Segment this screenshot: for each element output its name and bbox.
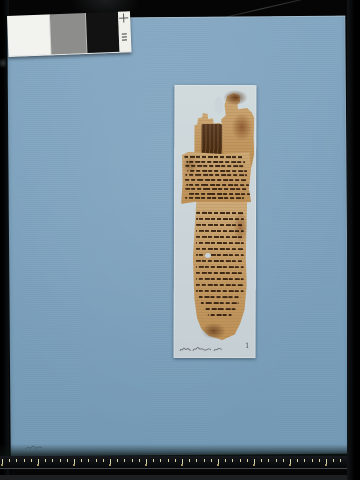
ruler-tick bbox=[67, 459, 68, 462]
ink-script-line bbox=[196, 242, 244, 244]
ink-script-line bbox=[196, 272, 244, 274]
ink-script-line bbox=[185, 188, 248, 190]
ruler-tick bbox=[31, 459, 32, 462]
ink-script-line bbox=[196, 266, 244, 268]
ink-script-line bbox=[185, 174, 246, 176]
ruler-tick bbox=[333, 459, 334, 462]
ruler-tick bbox=[319, 459, 320, 462]
ink-script-line bbox=[204, 308, 236, 310]
brown-stain bbox=[223, 90, 247, 105]
ruler-numeral-mark bbox=[73, 464, 75, 466]
ruler-numeral-mark bbox=[109, 464, 111, 466]
brown-stain bbox=[182, 155, 198, 175]
ruler-tick bbox=[52, 459, 53, 462]
left-edge-smudge bbox=[0, 56, 6, 70]
ink-script-line bbox=[201, 302, 238, 304]
papyrus-loss-hole bbox=[214, 97, 223, 114]
ruler-tick bbox=[211, 459, 212, 462]
ruler-tick bbox=[340, 459, 341, 462]
ruler-tick bbox=[16, 459, 17, 462]
ink-script-line bbox=[208, 314, 232, 316]
papyrus-loss-hole bbox=[205, 253, 211, 258]
ruler-numeral-mark bbox=[181, 464, 183, 466]
ruler-numeral-mark bbox=[289, 464, 291, 466]
ruler-tick bbox=[276, 459, 277, 462]
ruler-numeral-mark bbox=[145, 464, 147, 466]
ink-script-line bbox=[196, 248, 244, 250]
registration-tab-marks bbox=[122, 33, 127, 40]
ruler-tick bbox=[139, 459, 140, 462]
bottom-dark-strip bbox=[0, 475, 360, 480]
ruler-tick bbox=[103, 459, 104, 462]
ruler-tick bbox=[247, 459, 248, 462]
ruler-tick bbox=[312, 459, 313, 462]
ruler-tick bbox=[225, 459, 226, 462]
ink-script-line bbox=[196, 278, 244, 280]
ruler-tick bbox=[117, 459, 118, 462]
ruler-tick bbox=[240, 459, 241, 462]
ruler-tick bbox=[60, 459, 61, 462]
ruler-tick bbox=[261, 459, 262, 462]
ruler-numeral-mark bbox=[37, 464, 39, 466]
registration-cross-icon bbox=[119, 17, 128, 18]
papyrus-upper-left-block bbox=[194, 113, 224, 157]
ruler-tick bbox=[9, 459, 10, 462]
ruler-tick bbox=[132, 459, 133, 462]
ruler-tick bbox=[88, 459, 89, 462]
photo-right-edge bbox=[347, 0, 360, 480]
ruler-numeral-mark bbox=[325, 464, 327, 466]
calibration-black-patch bbox=[86, 12, 119, 53]
photograph-of-mounted-papyrus: 1 bbox=[0, 0, 360, 480]
brown-stain bbox=[233, 211, 248, 243]
dark-ink-patch bbox=[201, 124, 222, 154]
ruler-tick bbox=[232, 459, 233, 462]
ink-script-line bbox=[196, 290, 244, 292]
ink-script-line bbox=[187, 193, 251, 195]
ruler-tick bbox=[204, 459, 205, 462]
ruler-tick bbox=[297, 459, 298, 462]
ruler-tick bbox=[283, 459, 284, 462]
ruler-numeral-mark bbox=[1, 464, 3, 466]
handwritten-inventory-inscription bbox=[179, 344, 223, 354]
ruler-tick bbox=[81, 459, 82, 462]
brown-stain bbox=[231, 113, 252, 141]
ink-script-line bbox=[196, 254, 244, 256]
calibration-white-patch bbox=[7, 14, 51, 56]
ink-script-line bbox=[185, 197, 244, 199]
calibration-registration-tab bbox=[118, 11, 131, 51]
brown-stain bbox=[202, 323, 226, 339]
ruler-tick bbox=[153, 459, 154, 462]
ruler-tick bbox=[268, 459, 269, 462]
ruler-tick bbox=[168, 459, 169, 462]
ink-script-line bbox=[196, 260, 244, 262]
ruler-tick bbox=[96, 459, 97, 462]
ink-script-line bbox=[186, 183, 249, 185]
ruler-tick bbox=[175, 459, 176, 462]
cm-ruler bbox=[0, 456, 360, 468]
ruler-numeral-mark bbox=[217, 464, 219, 466]
calibration-gray-patch bbox=[50, 13, 88, 54]
card-page-number: 1 bbox=[245, 342, 249, 350]
ink-script-line bbox=[196, 284, 244, 286]
ruler-tick bbox=[124, 459, 125, 462]
ruler-tick bbox=[189, 459, 190, 462]
ink-script-line bbox=[199, 296, 241, 298]
ink-script-line bbox=[184, 179, 246, 181]
ruler-tick bbox=[160, 459, 161, 462]
backing-card bbox=[174, 85, 257, 358]
ruler-tick bbox=[45, 459, 46, 462]
ruler-tick bbox=[24, 459, 25, 462]
ruler-tick bbox=[196, 459, 197, 462]
grayscale-calibration-bar bbox=[7, 11, 131, 57]
ruler-tick bbox=[304, 459, 305, 462]
ruler-numeral-mark bbox=[253, 464, 255, 466]
